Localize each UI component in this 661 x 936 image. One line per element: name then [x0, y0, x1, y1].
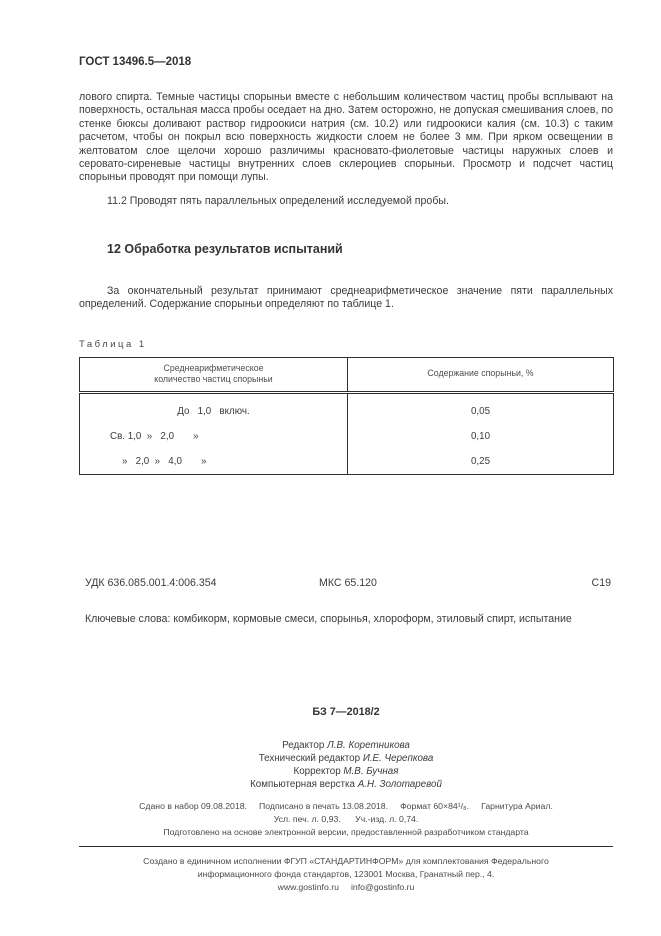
mks-code: МКС 65.120	[260, 577, 435, 589]
publisher-block: Создано в единичном исполнении ФГУП «СТА…	[79, 855, 613, 894]
doc-code: ГОСТ 13496.5—2018	[79, 56, 613, 68]
udk-number: УДК 636.085.001.4:006.354	[79, 577, 260, 589]
publisher-line-2: информационного фонда стандартов, 123001…	[79, 868, 613, 881]
credit-line: Компьютерная верстка А.Н. Золотаревой	[79, 778, 613, 791]
range-cell: До 1,0 включ.	[80, 392, 348, 424]
credit-name: Л.В. Коретникова	[327, 740, 410, 751]
table-row: До 1,0 включ. 0,05	[80, 392, 614, 424]
table-1-label: Таблица 1	[79, 339, 613, 350]
footer-divider	[79, 846, 613, 847]
credit-role: Редактор	[282, 740, 324, 751]
imprint-line-dates: Сдано в набор 09.08.2018. Подписано в пе…	[79, 800, 613, 813]
credit-role: Корректор	[294, 766, 341, 777]
page-code: С19	[436, 577, 613, 589]
publisher-line-1: Создано в единичном исполнении ФГУП «СТА…	[79, 855, 613, 868]
credit-name: М.В. Бучная	[343, 766, 398, 777]
credit-line: Корректор М.В. Бучная	[79, 765, 613, 778]
credit-line: Технический редактор И.Е. Черепкова	[79, 752, 613, 765]
document-page: ГОСТ 13496.5—2018 лового спирта. Темные …	[0, 0, 661, 936]
value-cell: 0,10	[348, 424, 614, 449]
range-cell: Св. 1,0 » 2,0 »	[80, 424, 348, 449]
imprint-block: Сдано в набор 09.08.2018. Подписано в пе…	[79, 800, 613, 839]
section-12-paragraph: За окончательный результат принимают сре…	[79, 285, 613, 312]
table-row: » 2,0 » 4,0 » 0,25	[80, 449, 614, 475]
bz-code: БЗ 7—2018/2	[79, 706, 613, 718]
credit-role: Компьютерная верстка	[250, 779, 355, 790]
table-header-col2: Содержание спорыньи, %	[348, 357, 614, 392]
credit-name: А.Н. Золотаревой	[358, 779, 442, 790]
value-cell: 0,25	[348, 449, 614, 475]
website-email-line: www.gostinfo.ru info@gostinfo.ru	[79, 881, 613, 894]
imprint-line-sheets: Усл. печ. л. 0,93. Уч.-изд. л. 0,74.	[79, 813, 613, 826]
value-cell: 0,05	[348, 392, 614, 424]
keywords-line: Ключевые слова: комбикорм, кормовые смес…	[79, 613, 613, 625]
section-12-heading: 12 Обработка результатов испытаний	[107, 242, 613, 256]
credit-role: Технический редактор	[259, 753, 360, 764]
credits-block: Редактор Л.В. Коретникова Технический ре…	[79, 739, 613, 792]
ergot-content-table: Среднеарифметическое количество частиц с…	[79, 357, 614, 475]
classification-row: УДК 636.085.001.4:006.354 МКС 65.120 С19	[79, 577, 613, 589]
range-cell: » 2,0 » 4,0 »	[80, 449, 348, 475]
table-row: Св. 1,0 » 2,0 » 0,10	[80, 424, 614, 449]
table-header-col1: Среднеарифметическое количество частиц с…	[80, 357, 348, 392]
clause-11-2: 11.2 Проводят пять параллельных определе…	[79, 195, 613, 208]
section-11-paragraph: лового спирта. Темные частицы спорыньи в…	[79, 91, 613, 185]
credit-line: Редактор Л.В. Коретникова	[79, 739, 613, 752]
credit-name: И.Е. Черепкова	[363, 753, 433, 764]
imprint-line-source: Подготовлено на основе электронной верси…	[79, 826, 613, 839]
table-header-row: Среднеарифметическое количество частиц с…	[80, 357, 614, 392]
